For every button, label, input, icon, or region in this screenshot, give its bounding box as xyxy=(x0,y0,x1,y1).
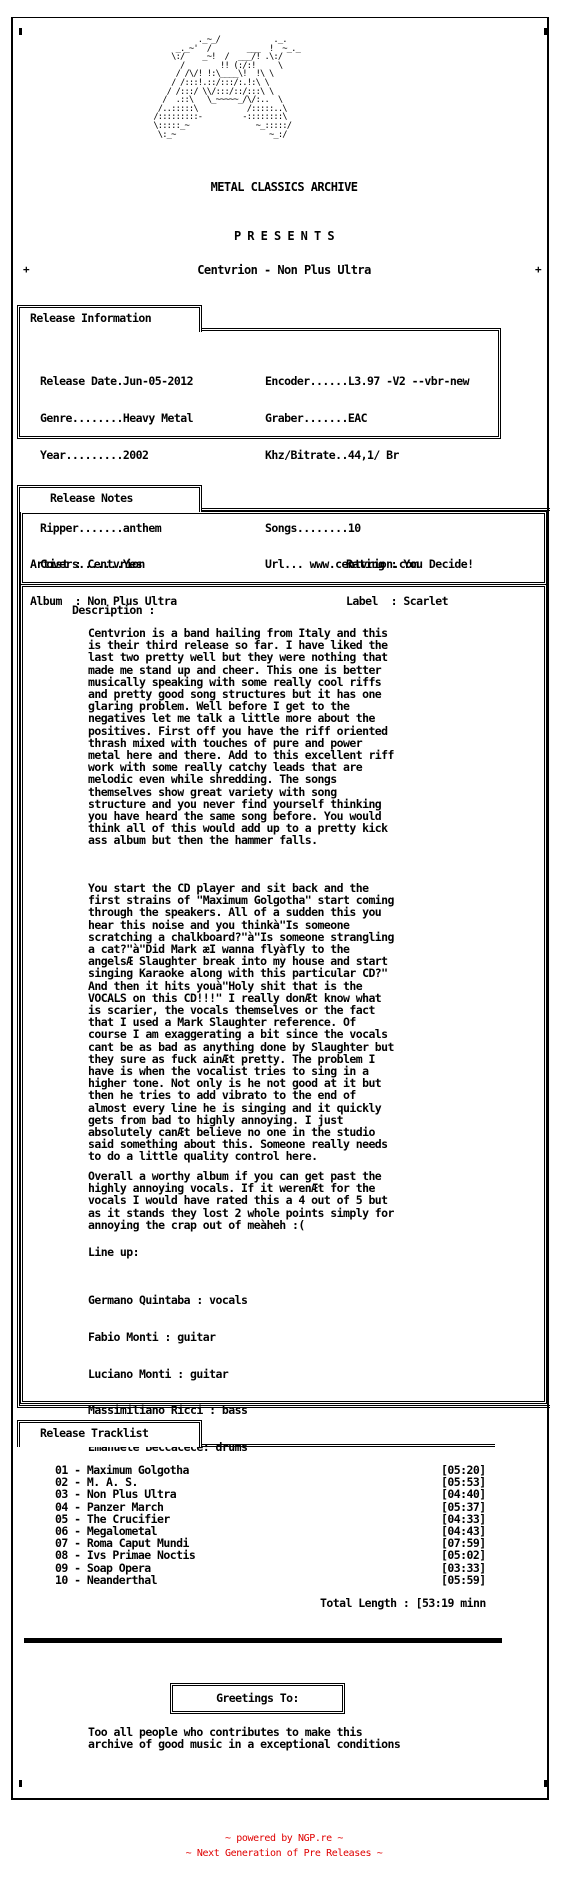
info-row-encoder: Encoder......L3.97 -V2 --vbr-new xyxy=(265,375,469,387)
tracklist-tab: Release Tracklist xyxy=(17,1420,202,1447)
track-separator: - xyxy=(68,1573,87,1587)
corner-mark xyxy=(544,1780,547,1787)
track-length: [03:33] xyxy=(441,1562,486,1574)
track-length: [05:37] xyxy=(441,1501,486,1513)
logo-caption: METAL CLASSICS ARCHIVE xyxy=(0,181,568,193)
description-paragraph-3: Overall a worthy album if you can get pa… xyxy=(88,1170,394,1231)
info-row-release-date: Release Date.Jun-05-2012 xyxy=(40,375,193,387)
ascii-logo: ._~_/ ._. _._~' / ___ ! ~_._ \:/ _~! / _… xyxy=(140,36,440,139)
artist-field: Artist : Centvrion xyxy=(30,558,177,570)
info-row-graber: Graber.......EAC xyxy=(265,412,469,424)
info-row-bitrate: Khz/Bitrate..44,1/ Br xyxy=(265,449,469,461)
info-row-year: Year.........2002 xyxy=(40,449,193,461)
presents-heading: P R E S E N T S xyxy=(0,230,568,242)
track-length: [05:02] xyxy=(441,1549,486,1561)
greetings-heading: Greetings To: xyxy=(173,1692,342,1704)
greetings-text: Too all people who contributes to make t… xyxy=(88,1726,400,1750)
thick-divider xyxy=(24,1638,502,1643)
description-paragraph-1: Centvrion is a band hailing from Italy a… xyxy=(88,627,394,847)
footer-powered-by: ~ powered by NGP.re ~ xyxy=(0,1833,568,1844)
lineup-member: Fabio Monti : guitar xyxy=(88,1331,247,1343)
lineup-heading: Line up: xyxy=(88,1246,139,1258)
release-notes-tab: Release Notes xyxy=(17,485,202,512)
track-row: 10 - Neanderthal[05:59] xyxy=(55,1574,505,1586)
footer-tagline: ~ Next Generation of Pre Releases ~ xyxy=(0,1848,568,1859)
plus-mark-right: + xyxy=(535,263,542,276)
description-heading: Description : xyxy=(72,604,155,616)
release-title: Centvrion - Non Plus Ultra xyxy=(0,264,568,276)
lineup-member: Luciano Monti : guitar xyxy=(88,1368,247,1380)
tracklist: 01 - Maximum Golgotha[05:20]02 - M. A. S… xyxy=(55,1464,505,1586)
info-row-genre: Genre........Heavy Metal xyxy=(40,412,193,424)
release-info-tab: Release Information xyxy=(17,305,202,332)
lineup-member: Germano Quintaba : vocals xyxy=(88,1294,247,1306)
total-length: Total Length : [53:19 minn xyxy=(320,1597,486,1609)
track-title: Neanderthal xyxy=(87,1573,157,1587)
track-number: 10 xyxy=(55,1573,68,1587)
lineup-member: Massimiliano Ricci : bass xyxy=(88,1404,247,1416)
track-length: [04:40] xyxy=(441,1488,486,1500)
rating-field: Rating : You Decide! xyxy=(346,558,473,570)
track-length: [05:59] xyxy=(441,1574,486,1586)
greetings-box: Greetings To: xyxy=(170,1683,345,1714)
description-paragraph-2: You start the CD player and sit back and… xyxy=(88,882,394,1163)
corner-mark xyxy=(19,28,22,35)
corner-mark xyxy=(19,1780,22,1787)
corner-mark xyxy=(544,28,547,35)
